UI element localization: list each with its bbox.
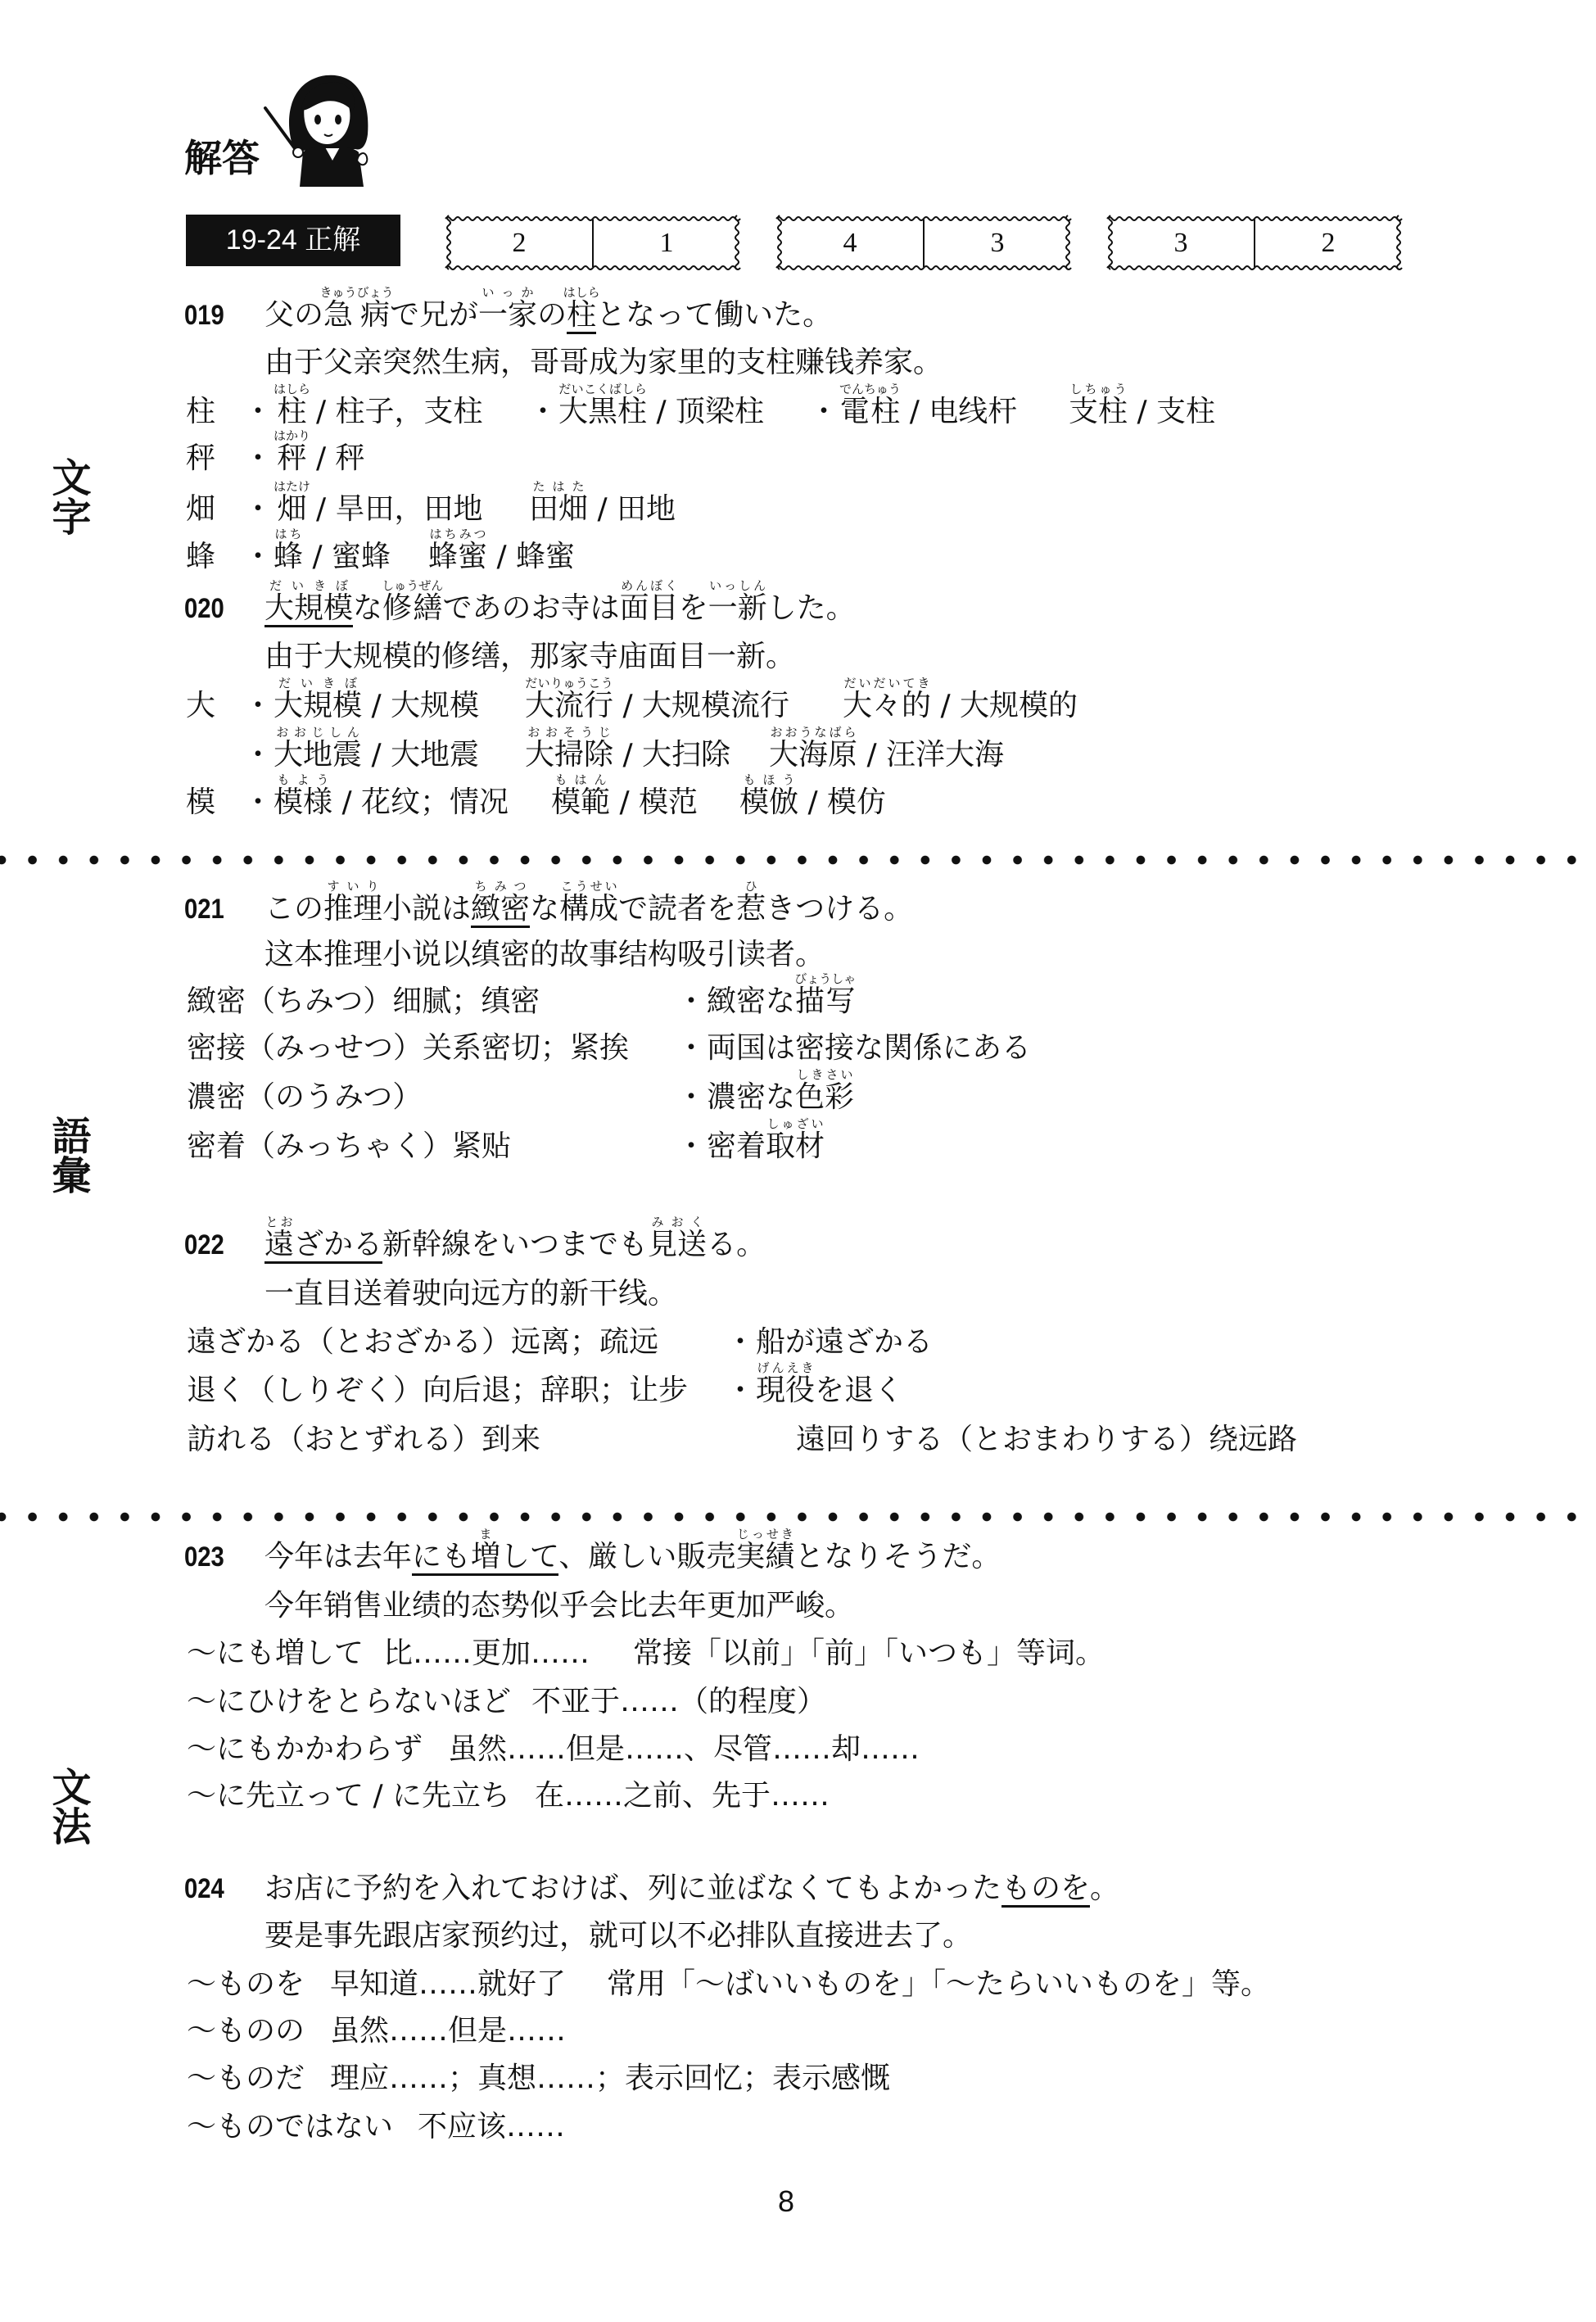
underlined-target: 大規模だいきぼ	[264, 591, 353, 627]
kanji-label: 模	[186, 770, 215, 835]
furigana: じっせき	[735, 1527, 794, 1541]
text-segment: る。	[707, 1228, 766, 1261]
text-segment: となりそうだ。	[794, 1540, 1001, 1573]
grammar-row: ～ものではない 不应该……	[0, 2094, 1596, 2160]
ruby-word: 惹ひ	[736, 892, 766, 926]
bullet: ・	[676, 1114, 707, 1179]
text-segment: きつける。	[766, 892, 913, 926]
ruby-word: 畑はたけ	[274, 492, 307, 526]
usage-example-text: 密着取材しゅざい	[707, 1129, 825, 1163]
text-segment: この	[264, 892, 323, 926]
furigana: はしら	[274, 382, 310, 396]
vocab-entry-text: 大掃除おおそうじ / 大扫除	[525, 738, 730, 772]
ruby-word: 描写びょうしゃ	[795, 984, 856, 1018]
text-segment: / 大规模	[362, 689, 479, 722]
furigana: おおうなばら	[769, 725, 857, 740]
vocab-row: 訪れる（おとずれる）到来 遠回りする（とおまわりする）绕远路	[0, 1407, 1596, 1473]
text-segment: の	[537, 298, 567, 332]
text-segment: な	[530, 892, 559, 926]
text-segment: / 模范	[610, 785, 698, 819]
section-divider	[0, 1512, 1596, 1522]
ruby-word: 蜂蜜はちみつ	[428, 540, 487, 573]
vocab-word: 密着（みっちゃく）紧贴	[187, 1114, 511, 1179]
ruby-word: 秤はかり	[274, 441, 307, 475]
text-segment: / 旱田，田地	[307, 492, 483, 526]
page-number: 8	[778, 2182, 794, 2221]
furigana: はかり	[274, 428, 310, 443]
furigana: ま	[471, 1527, 500, 1541]
vocab-entry-text: 田畑たはた / 田地	[529, 492, 676, 526]
furigana: すいり	[323, 879, 382, 894]
furigana: もほう	[739, 772, 798, 787]
grammar-row: ～に先立って / に先立ち 在……之前、先于……	[0, 1763, 1596, 1829]
vocab-entry-text: 大海原おおうなばら / 汪洋大海	[769, 738, 1004, 772]
furigana: げんえき	[756, 1360, 815, 1375]
furigana: もはん	[551, 772, 610, 787]
text-segment: / 秤	[307, 441, 365, 475]
furigana: だいきぼ	[274, 676, 362, 690]
vocab-entry: 模範もはん / 模范	[551, 770, 698, 835]
ruby-word: 大海原おおうなばら	[769, 738, 857, 772]
text-segment: / 汪洋大海	[857, 738, 1004, 772]
grammar-meaning: 在……之前、先于……	[535, 1763, 830, 1829]
answer-group-19-20: 2 1	[445, 215, 740, 271]
usage-example-text: 現役げんえきを退く	[756, 1374, 903, 1407]
text-segment: 今年は去年	[264, 1540, 412, 1573]
answer-page: 解答 19-24 正解 2 1 4 3	[0, 0, 1596, 2322]
usage-example-text: 両国は密接な関係にある	[707, 1031, 1031, 1065]
ruby-word: 大地震おおじしん	[274, 738, 362, 772]
usage-example: ・密着取材しゅざい	[676, 1114, 825, 1179]
text-segment: 父の	[264, 298, 323, 332]
grammar-pattern: ～ものではない	[187, 2094, 393, 2160]
text-segment: な	[353, 591, 382, 625]
text-segment: / 柱子，支柱	[307, 395, 483, 428]
ruby-word: 模範もはん	[551, 785, 610, 819]
answer-cell: 1	[593, 215, 740, 271]
kanji-row: 模 ・模様もよう / 花纹；情况 模範もはん / 模范 模倣もほう / 模仿	[0, 770, 1596, 835]
furigana: はち	[274, 527, 303, 541]
text-segment: / 大扫除	[613, 738, 730, 772]
furigana: ひ	[736, 879, 766, 894]
answer-group-23-24: 3 2	[1107, 215, 1402, 271]
text-segment: / 花纹；情况	[332, 785, 509, 819]
text-segment: 小説は	[382, 892, 471, 926]
furigana: だいこくばしら	[558, 382, 647, 396]
text-segment: 船が遠ざかる	[756, 1325, 933, 1359]
text-segment: を退く	[815, 1374, 903, 1407]
vocab-entry-text: 畑はたけ / 旱田，田地	[274, 492, 483, 526]
text-segment: 両国は密接な関係にある	[707, 1031, 1031, 1065]
furigana: めんぼく	[620, 578, 679, 593]
underlined-target: 増ま	[471, 1540, 500, 1576]
furigana: たはた	[529, 479, 588, 494]
ruby-word: 構成こうせい	[559, 892, 618, 926]
ruby-word: 色彩しきさい	[795, 1080, 854, 1114]
text-segment: 新幹線をいつまでも	[382, 1228, 648, 1261]
furigana: もよう	[274, 772, 332, 787]
ruby-word: 蜂はち	[274, 540, 303, 573]
vocab-entry-text: 模範もはん / 模范	[551, 785, 698, 819]
answer-range-label: 19-24 正解	[186, 215, 400, 266]
ruby-word: 模様もよう	[274, 785, 332, 819]
ruby-word: 取材しゅざい	[766, 1129, 825, 1163]
furigana: しちゅう	[1069, 382, 1128, 396]
text-segment: / 大地震	[362, 738, 479, 772]
text-segment: 遠回りする（とおまわりする）绕远路	[796, 1423, 1297, 1456]
ruby-word: 田畑たはた	[529, 492, 588, 526]
furigana: はしら	[563, 285, 600, 300]
underlined-target: して	[500, 1540, 558, 1576]
furigana: みおく	[648, 1215, 707, 1229]
vocab-entry: 模倣もほう / 模仿	[739, 770, 886, 835]
vocab-entry-text: 模倣もほう / 模仿	[739, 785, 886, 819]
text-segment: 、厳しい販売	[558, 1540, 735, 1573]
vocab-entry-text: 電柱でんちゅう / 电线杆	[839, 395, 1017, 428]
text-segment: / 顶梁柱	[647, 395, 764, 428]
text-segment: / 模仿	[798, 785, 886, 819]
text-segment: 濃密な	[707, 1080, 795, 1114]
bullet: ・	[242, 770, 274, 835]
furigana: びょうしゃ	[794, 971, 856, 986]
ruby-word: 修繕しゅうぜん	[382, 591, 443, 625]
furigana: でんちゅう	[839, 382, 901, 396]
answer-cell: 4	[776, 215, 924, 271]
usage-example-text: 船が遠ざかる	[756, 1325, 933, 1359]
teacher-girl-pointer-icon	[260, 69, 375, 188]
related-word: 遠回りする（とおまわりする）绕远路	[796, 1407, 1297, 1473]
text-segment: した。	[767, 591, 856, 625]
ruby-word: 大規模だいきぼ	[274, 689, 362, 722]
furigana: いっしん	[708, 578, 767, 593]
text-segment: お店に予約を入れておけば、列に並ばなくてもよかった	[264, 1872, 1001, 1905]
text-segment: となって働いた。	[596, 298, 832, 332]
vocab-entry-text: 模様もよう / 花纹；情况	[274, 785, 509, 819]
text-segment: で読者を	[618, 892, 736, 926]
section-divider	[0, 855, 1596, 865]
text-segment: / 大规模流行	[613, 689, 789, 722]
ruby-word: 大々的だいだいてき	[843, 689, 931, 722]
furigana: とお	[264, 1215, 294, 1229]
vocab-entry-text: 支柱しちゅう / 支柱	[1069, 395, 1215, 428]
underlined-target: にも	[412, 1540, 471, 1576]
text-segment: / 支柱	[1128, 395, 1215, 428]
ruby-word: 電柱でんちゅう	[839, 395, 900, 428]
ruby-word: 柱はしら	[274, 395, 307, 428]
furigana: おおそうじ	[525, 725, 613, 740]
furigana: だいりゅうこう	[525, 676, 613, 690]
usage-example-text: 緻密な描写びょうしゃ	[707, 984, 856, 1018]
answer-group-21-22: 4 3	[776, 215, 1071, 271]
vocab-entry-text: 蜂蜜はちみつ / 蜂蜜	[428, 540, 575, 573]
answer-cell: 2	[445, 215, 593, 271]
vocab-entry: ・模様もよう / 花纹；情况	[242, 770, 509, 835]
text-segment: / 大规模的	[931, 689, 1078, 722]
ruby-word: 急病きゅうびょう	[323, 298, 390, 332]
furigana: こうせい	[559, 879, 618, 894]
furigana: しゅざい	[766, 1116, 825, 1131]
usage-example-text: 濃密な色彩しきさい	[707, 1080, 854, 1114]
underlined-target: ざかる	[294, 1228, 382, 1264]
vocab-entry-text: 秤はかり / 秤	[274, 441, 365, 475]
ruby-word: 見送みおく	[648, 1228, 707, 1261]
vocab-word: 訪れる（おとずれる）到来	[187, 1407, 540, 1473]
ruby-word: 大掃除おおそうじ	[525, 738, 613, 772]
text-segment: 。	[1090, 1872, 1119, 1905]
ruby-word: 支柱しちゅう	[1069, 395, 1128, 428]
underlined-target: 柱はしら	[567, 298, 596, 334]
ruby-word: 大流行だいりゅうこう	[525, 689, 613, 722]
underlined-target: ものを	[1001, 1872, 1090, 1908]
furigana: だいきぼ	[264, 578, 353, 593]
text-segment: で兄が	[390, 298, 478, 332]
text-segment: 緻密な	[707, 984, 795, 1018]
ruby-word: 一新いっしん	[708, 591, 767, 625]
related-word-text: 遠回りする（とおまわりする）绕远路	[796, 1423, 1297, 1456]
vocab-entry-text: 大規模だいきぼ / 大规模	[274, 689, 479, 722]
vocab-entry-text: 蜂はち / 蜜蜂	[274, 540, 391, 573]
furigana: ちみつ	[471, 879, 530, 894]
vocab-entry-text: 柱はしら / 柱子，支柱	[274, 395, 483, 428]
text-segment: / 电线杆	[900, 395, 1017, 428]
furigana: いっか	[478, 285, 537, 300]
vocab-entry-text: 大流行だいりゅうこう / 大规模流行	[525, 689, 789, 722]
text-segment: 密着	[707, 1129, 766, 1163]
ruby-word: 一家いっか	[478, 298, 537, 332]
grammar-pattern: ～に先立って / に先立ち	[187, 1763, 510, 1829]
vocab-entry-text: 大黒柱だいこくばしら / 顶梁柱	[558, 395, 764, 428]
ruby-word: 大黒柱だいこくばしら	[558, 395, 647, 428]
text-segment: であのお寺は	[443, 591, 620, 625]
vocab-row: 密着（みっちゃく）紧贴 ・密着取材しゅざい	[0, 1114, 1596, 1179]
furigana: だいだいてき	[843, 676, 931, 690]
ruby-word: 現役げんえき	[756, 1374, 815, 1407]
text-segment: / 田地	[588, 492, 676, 526]
vocab-entry-text: 大々的だいだいてき / 大规模的	[843, 689, 1078, 722]
page-title: 解答	[184, 136, 260, 180]
answer-cell: 3	[924, 215, 1071, 271]
text-segment: / 蜂蜜	[487, 540, 575, 573]
furigana: しゅうぜん	[382, 578, 443, 593]
text-segment: / 蜜蜂	[303, 540, 391, 573]
answer-cell: 3	[1107, 215, 1255, 271]
vocab-entry-text: 大地震おおじしん / 大地震	[274, 738, 479, 772]
furigana: きゅうびょう	[320, 285, 394, 300]
furigana: はちみつ	[428, 527, 487, 541]
grammar-meaning: 不应该……	[418, 2094, 565, 2160]
ruby-word: 模倣もほう	[739, 785, 798, 819]
furigana: おおじしん	[274, 725, 362, 740]
answer-cell: 2	[1255, 215, 1402, 271]
text-segment: を	[679, 591, 708, 625]
underlined-target: 遠とお	[264, 1228, 294, 1264]
ruby-word: 推理すいり	[323, 892, 382, 926]
furigana: しきさい	[795, 1067, 854, 1082]
ruby-word: 面目めんぼく	[620, 591, 679, 625]
furigana: はたけ	[274, 479, 310, 494]
ruby-word: 実績じっせき	[735, 1540, 794, 1573]
